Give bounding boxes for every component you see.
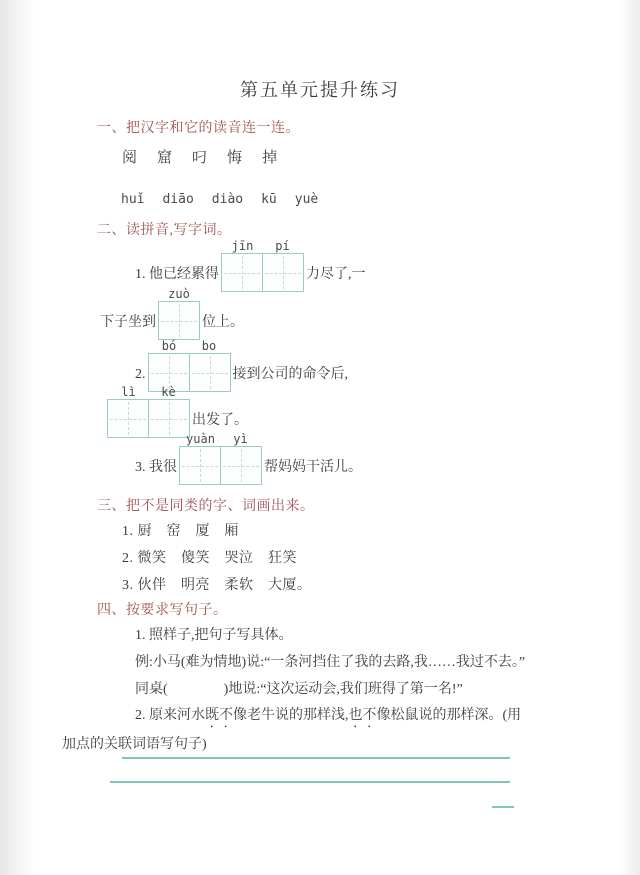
pinyin-labels: bóbo xyxy=(149,340,229,353)
pinyin-labels: jīnpí xyxy=(223,240,303,253)
character: 阅 xyxy=(122,150,143,166)
writing-box: bóbo xyxy=(148,340,231,392)
answer-line xyxy=(110,781,510,783)
emphasized-word: 既不 xyxy=(205,708,233,723)
sentence-text: 接到公司的命令后, xyxy=(233,363,349,392)
section1-pinyins: huǐdiāodiàokūyuè xyxy=(121,192,336,207)
section4-fill-sentence: 同桌( )地说:“这次运动会,我们班得了第一名!” xyxy=(135,678,463,698)
character: 窟 xyxy=(157,150,178,166)
fill-row-2b: lìkè 出发了。 xyxy=(105,386,248,438)
character: 掉 xyxy=(262,150,283,166)
sentence-text: 2. 原来河水 xyxy=(135,708,205,723)
writing-cell xyxy=(148,400,189,437)
emphasized-word: 也不 xyxy=(349,708,377,723)
fill-row-1a: 1. 他已经累得 jīnpí 力尽了,一 xyxy=(135,240,366,292)
sentence-text: 帮妈妈干活儿。 xyxy=(264,456,362,485)
answer-line xyxy=(122,757,510,759)
section4-heading: 四、按要求写句子。 xyxy=(97,599,228,619)
sentence-text: 像老牛说的那样浅, xyxy=(233,708,349,723)
pinyin: pí xyxy=(263,240,303,253)
pinyin: bó xyxy=(149,340,189,353)
writing-cell xyxy=(262,254,303,291)
page-title: 第五单元提升练习 xyxy=(0,76,640,102)
section1-heading: 一、把汉字和它的读音连一连。 xyxy=(97,117,300,137)
writing-box: zuò xyxy=(158,288,200,340)
character: 悔 xyxy=(227,150,248,166)
section3-heading: 三、把不是同类的字、词画出来。 xyxy=(97,495,315,515)
pinyin: diāo xyxy=(162,192,193,207)
pinyin: jīn xyxy=(223,240,263,253)
worksheet-page: 第五单元提升练习 一、把汉字和它的读音连一连。 阅窟叼悔掉 huǐdiāodià… xyxy=(0,0,640,875)
writing-cells xyxy=(179,446,262,485)
section2-heading: 二、读拼音,写字词。 xyxy=(97,219,232,239)
writing-box: yuànyì xyxy=(179,433,262,485)
pinyin-labels: yuànyì xyxy=(181,433,261,446)
pinyin: yì xyxy=(221,433,261,446)
pinyin: diào xyxy=(212,192,243,207)
sentence-text: 力尽了,一 xyxy=(306,263,366,292)
pinyin-labels: lìkè xyxy=(109,386,189,399)
writing-cell xyxy=(220,447,261,484)
section3-item: 3. 伙伴 明亮 柔软 大厦。 xyxy=(122,574,312,594)
section4-item2-sentence: 2. 原来河水既不像老牛说的那样浅,也不像松鼠说的那样深。(用加点的关联词语写句… xyxy=(62,702,522,758)
section1-characters: 阅窟叼悔掉 xyxy=(122,146,297,167)
pinyin-labels: zuò xyxy=(159,288,199,301)
writing-cell xyxy=(180,447,220,484)
writing-box: lìkè xyxy=(107,386,190,438)
writing-cell xyxy=(108,400,148,437)
pinyin: zuò xyxy=(159,288,199,301)
pinyin: yuàn xyxy=(181,433,221,446)
pinyin: bo xyxy=(189,340,229,353)
sentence-text: 下子坐到 xyxy=(100,311,156,340)
answer-line-fragment xyxy=(492,806,514,808)
sentence-text: 3. 我很 xyxy=(135,456,177,485)
pinyin: huǐ xyxy=(121,192,144,207)
section4-item1-title: 1. 照样子,把句子写具体。 xyxy=(135,624,293,644)
fill-row-1b: 下子坐到 zuò 位上。 xyxy=(100,288,244,340)
fill-row-3: 3. 我很 yuànyì 帮妈妈干活儿。 xyxy=(135,433,362,485)
writing-cell xyxy=(222,254,262,291)
pinyin: lì xyxy=(109,386,149,399)
section3-item: 2. 微笑 傻笑 哭泣 狂笑 xyxy=(122,547,297,567)
writing-cells xyxy=(221,253,304,292)
pinyin: kè xyxy=(149,386,189,399)
section4-example-sentence: 例:小马(难为情地)说:“一条河挡住了我的去路,我……我过不去。” xyxy=(135,651,525,671)
section3-item: 1. 厨 窑 厦 厢 xyxy=(122,520,239,540)
pinyin: yuè xyxy=(295,192,318,207)
writing-cells xyxy=(158,301,200,340)
pinyin: kū xyxy=(261,192,277,207)
character: 叼 xyxy=(192,150,213,166)
writing-box: jīnpí xyxy=(221,240,304,292)
sentence-text: 位上。 xyxy=(202,311,244,340)
writing-cell xyxy=(159,302,199,339)
